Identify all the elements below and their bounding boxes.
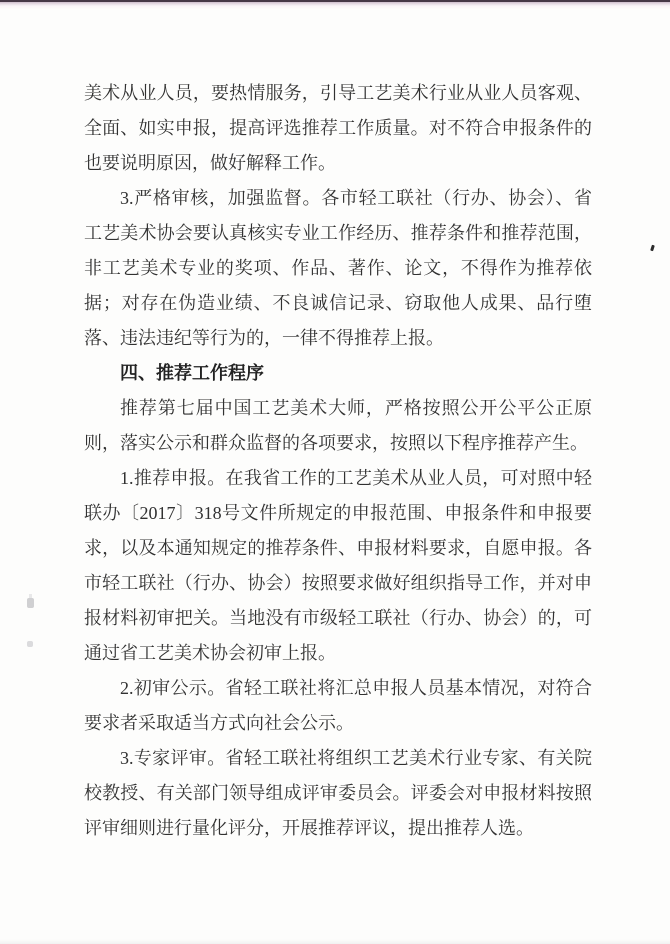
document-page: 美术从业人员，要热情服务，引导工艺美术行业从业人员客观、全面、如实申报，提高评选… bbox=[0, 0, 670, 944]
document-body: 美术从业人员，要热情服务，引导工艺美术行业从业人员客观、全面、如实申报，提高评选… bbox=[84, 76, 592, 846]
paragraph: 美术从业人员，要热情服务，引导工艺美术行业从业人员客观、全面、如实申报，提高评选… bbox=[84, 76, 592, 181]
scan-speck bbox=[650, 245, 655, 252]
scan-bottom-edge bbox=[0, 939, 670, 944]
scan-top-edge bbox=[0, 0, 670, 10]
scan-speck bbox=[27, 598, 34, 608]
paragraph: 3.严格审核，加强监督。各市轻工联社（行办、协会）、省工艺美术协会要认真核实专业… bbox=[84, 181, 592, 356]
paragraph: 3.专家评审。省轻工联社将组织工艺美术行业专家、有关院校教授、有关部门领导组成评… bbox=[84, 741, 592, 846]
paragraph: 2.初审公示。省轻工联社将汇总申报人员基本情况，对符合要求者采取适当方式向社会公… bbox=[84, 671, 592, 741]
section-heading: 四、推荐工作程序 bbox=[84, 356, 592, 391]
paragraph: 1.推荐申报。在我省工作的工艺美术从业人员，可对照中轻联办〔2017〕318号文… bbox=[84, 461, 592, 671]
paragraph: 推荐第七届中国工艺美术大师，严格按照公开公平公正原则，落实公示和群众监督的各项要… bbox=[84, 391, 592, 461]
scan-speck bbox=[27, 641, 33, 647]
